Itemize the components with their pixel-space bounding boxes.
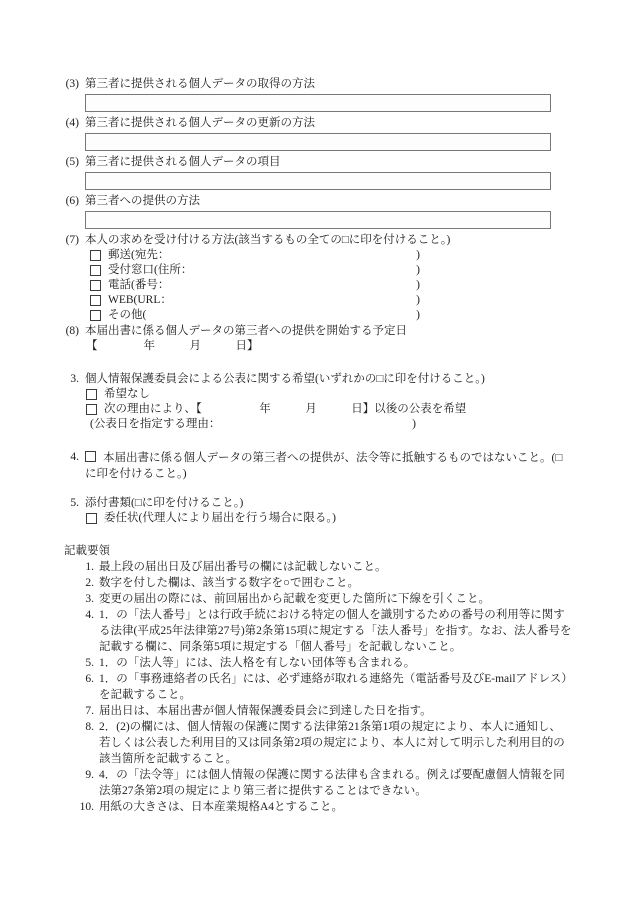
publication-reason-field[interactable]: (公表日を指定する理由： ) [90, 417, 416, 432]
form-content: (3) 第三者に提供される個人データの取得の方法 (4) 第三者に提供される個人… [64, 76, 572, 815]
instruction-number: 8. [85, 719, 99, 735]
section-5-label: 添付書類(□に印を付けること。) [85, 497, 243, 509]
section-5-number: 5. [70, 495, 85, 511]
q8-date-field[interactable]: 【 年 月 日】 [86, 339, 572, 354]
question-3-label-row: (3) 第三者に提供される個人データの取得の方法 [85, 76, 572, 92]
instruction-item: 5. 1．の「法人等」には、法人格を有しない団体等も含まれる。 [99, 655, 572, 671]
option-web: WEB(URL： ) [90, 293, 420, 308]
question-3-number: (3) [66, 76, 85, 92]
instruction-text: 変更の届出の際には、前回届出から記載を変更した箇所に下線を引くこと。 [99, 593, 490, 605]
option-delayed-publication: 次の理由により、【 年 月 日】以後の公表を希望 [86, 402, 572, 417]
instructions: 記載要領 1. 最上段の届出日及び届出番号の欄には記載しないこと。 2. 数字を… [64, 543, 572, 815]
question-8: (8) 本届出書に係る個人データの第三者への提供を開始する予定日 【 年 月 日… [64, 323, 572, 354]
question-5: (5) 第三者に提供される個人データの項目 [64, 154, 572, 190]
instruction-text: 数字を付した欄は、該当する数字を○で囲むこと。 [99, 577, 359, 589]
option-delayed-publication-label: 次の理由により、【 年 月 日】以後の公表を希望 [104, 402, 466, 417]
instruction-text: 1．の「法人番号」とは行政手続における特定の個人を識別するための番号の利用等に関… [99, 609, 572, 653]
option-phone: 電話(番号： ) [90, 278, 420, 293]
option-web-close-paren: ) [416, 293, 420, 308]
question-7-label: 本人の求めを受け付ける方法(該当するもの全ての□に印を付けること。) [85, 234, 450, 246]
option-web-label: WEB(URL： [108, 293, 172, 308]
instruction-number: 4. [85, 607, 99, 623]
question-7-number: (7) [66, 232, 85, 248]
question-4: (4) 第三者に提供される個人データの更新の方法 [64, 115, 572, 151]
option-other: その他( ) [90, 308, 420, 323]
instruction-item: 8. 2．(2)の欄には、個人情報の保護に関する法律第21条第1項の規定により、… [99, 719, 572, 767]
question-4-number: (4) [66, 115, 85, 131]
instruction-item: 6. 1．の「事務連絡者の氏名」には、必ず連絡が取れる連絡先（電話番号及びE-m… [99, 671, 572, 703]
option-phone-close-paren: ) [416, 278, 420, 293]
q4-input-field[interactable] [85, 133, 551, 151]
option-no-preference-label: 希望なし [104, 387, 150, 402]
question-6: (6) 第三者への提供の方法 [64, 193, 572, 229]
option-power-of-attorney-label: 委任状(代理人により届出を行う場合に限る。) [104, 511, 336, 526]
question-5-label: 第三者に提供される個人データの項目 [85, 156, 281, 168]
instruction-number: 5. [85, 655, 99, 671]
section-3-number: 3. [70, 371, 85, 387]
instructions-heading: 記載要領 [64, 543, 572, 559]
publication-reason-close-paren: ) [412, 417, 416, 432]
question-8-number: (8) [66, 323, 85, 339]
question-4-label-row: (4) 第三者に提供される個人データの更新の方法 [85, 115, 572, 131]
checkbox-web-icon[interactable] [90, 295, 101, 306]
checkbox-delayed-publication-icon[interactable] [86, 404, 97, 415]
instruction-item: 10. 用紙の大きさは、日本産業規格A4とすること。 [99, 799, 572, 815]
section-4-number: 4. [70, 449, 85, 465]
question-6-number: (6) [66, 193, 85, 209]
instruction-number: 2. [85, 575, 99, 591]
instruction-item: 7. 届出日は、本届出書が個人情報保護委員会に到達した日を指す。 [99, 703, 572, 719]
instruction-text: 用紙の大きさは、日本産業規格A4とすること。 [99, 801, 343, 813]
question-5-number: (5) [66, 154, 85, 170]
checkbox-reception-window-icon[interactable] [90, 265, 101, 276]
instruction-item: 9. 4．の「法令等」には個人情報の保護に関する法律も含まれる。例えば要配慮個人… [99, 767, 572, 799]
instruction-text: 届出日は、本届出書が個人情報保護委員会に到達した日を指す。 [99, 705, 432, 717]
section-5: 5. 添付書類(□に印を付けること。) 委任状(代理人により届出を行う場合に限る… [64, 495, 572, 526]
instruction-number: 6. [85, 671, 99, 687]
option-other-label: その他( [108, 308, 146, 323]
checkbox-other-icon[interactable] [90, 310, 101, 321]
checkbox-compliance-icon[interactable] [85, 451, 96, 462]
checkbox-no-preference-icon[interactable] [86, 389, 97, 400]
option-reception-window: 受付窓口(住所： ) [90, 263, 420, 278]
question-3-label: 第三者に提供される個人データの取得の方法 [85, 78, 315, 90]
section-5-label-row: 5. 添付書類(□に印を付けること。) [85, 495, 572, 511]
publication-reason-label: (公表日を指定する理由： [90, 417, 220, 432]
option-postal-label: 郵送(宛先： [108, 248, 169, 263]
section-3-label: 個人情報保護委員会による公表に関する希望(いずれかの□に印を付けること。) [85, 373, 485, 385]
instruction-number: 10. [80, 799, 99, 815]
section-4: 4.本届出書に係る個人データの第三者への提供が、法令等に抵触するものではないこと… [85, 449, 572, 482]
section-3-label-row: 3. 個人情報保護委員会による公表に関する希望(いずれかの□に印を付けること。) [85, 371, 572, 387]
instruction-item: 3. 変更の届出の際には、前回届出から記載を変更した箇所に下線を引くこと。 [99, 591, 572, 607]
option-other-close-paren: ) [416, 308, 420, 323]
option-phone-label: 電話(番号： [108, 278, 169, 293]
instruction-number: 1. [85, 559, 99, 575]
instruction-item: 4. 1．の「法人番号」とは行政手続における特定の個人を識別するための番号の利用… [99, 607, 572, 655]
question-6-label: 第三者への提供の方法 [85, 195, 200, 207]
form-page: (3) 第三者に提供される個人データの取得の方法 (4) 第三者に提供される個人… [0, 0, 630, 903]
option-reception-window-close-paren: ) [416, 263, 420, 278]
instruction-number: 3. [85, 591, 99, 607]
option-reception-window-label: 受付窓口(住所： [108, 263, 192, 278]
option-no-preference: 希望なし [86, 387, 572, 402]
option-postal-close-paren: ) [416, 248, 420, 263]
question-5-label-row: (5) 第三者に提供される個人データの項目 [85, 154, 572, 170]
question-6-label-row: (6) 第三者への提供の方法 [85, 193, 572, 209]
checkbox-power-of-attorney-icon[interactable] [86, 513, 97, 524]
instruction-text: 1．の「法人等」には、法人格を有しない団体等も含まれる。 [99, 657, 415, 669]
question-7: (7) 本人の求めを受け付ける方法(該当するもの全ての□に印を付けること。) 郵… [64, 232, 572, 323]
checkbox-postal-icon[interactable] [90, 250, 101, 261]
instruction-text: 4．の「法令等」には個人情報の保護に関する法律も含まれる。例えば要配慮個人情報を… [99, 769, 565, 797]
instruction-text: 2．(2)の欄には、個人情報の保護に関する法律第21条第1項の規定により、本人に… [99, 721, 565, 765]
option-postal: 郵送(宛先： ) [90, 248, 420, 263]
checkbox-phone-icon[interactable] [90, 280, 101, 291]
section-4-label: 本届出書に係る個人データの第三者への提供が、法令等に抵触するものではないこと。(… [85, 452, 562, 480]
q6-input-field[interactable] [85, 211, 551, 229]
instruction-item: 2. 数字を付した欄は、該当する数字を○で囲むこと。 [99, 575, 572, 591]
option-power-of-attorney: 委任状(代理人により届出を行う場合に限る。) [86, 511, 572, 526]
section-3: 3. 個人情報保護委員会による公表に関する希望(いずれかの□に印を付けること。)… [64, 371, 572, 432]
question-7-label-row: (7) 本人の求めを受け付ける方法(該当するもの全ての□に印を付けること。) [85, 232, 572, 248]
instruction-number: 7. [85, 703, 99, 719]
instruction-item: 1. 最上段の届出日及び届出番号の欄には記載しないこと。 [99, 559, 572, 575]
question-4-label: 第三者に提供される個人データの更新の方法 [85, 117, 315, 129]
instruction-text: 1．の「事務連絡者の氏名」には、必ず連絡が取れる連絡先（電話番号及びE-mail… [99, 673, 567, 701]
instruction-number: 9. [85, 767, 99, 783]
question-8-label-row: (8) 本届出書に係る個人データの第三者への提供を開始する予定日 [85, 323, 572, 339]
question-8-label: 本届出書に係る個人データの第三者への提供を開始する予定日 [85, 325, 407, 337]
q3-input-field[interactable] [85, 94, 551, 112]
question-3: (3) 第三者に提供される個人データの取得の方法 [64, 76, 572, 112]
instruction-text: 最上段の届出日及び届出番号の欄には記載しないこと。 [99, 561, 387, 573]
q5-input-field[interactable] [85, 172, 551, 190]
